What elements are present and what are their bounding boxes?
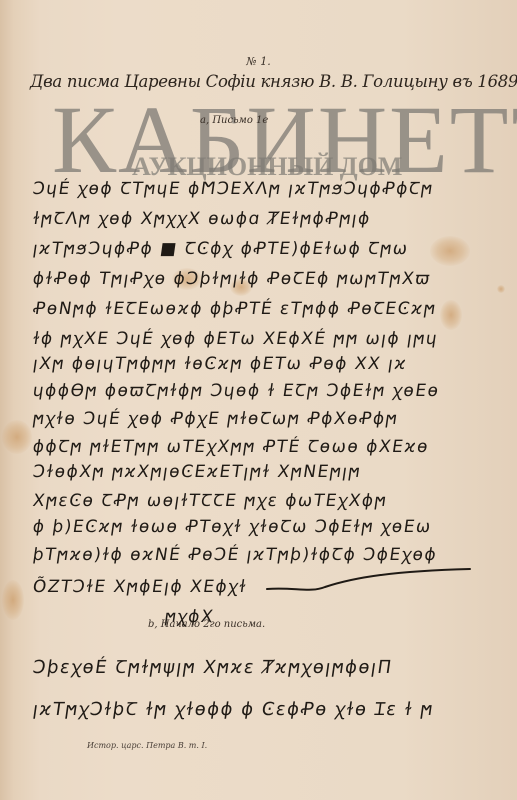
cipher-line: ꞁϰTϻϧϽɥɸꝒɸ ■ ꞆϾɸꭓ ɸꝒTE)ɸEɫωɸ Ꞇϻω bbox=[31, 236, 494, 259]
letter-1-label: а, Письмо 1е bbox=[200, 115, 268, 126]
page-footer: Истор. царс. Петра В. т. I. bbox=[87, 741, 207, 750]
cipher-line: ɸɸꞆϻ ϻɫETϻϻ ωTEꭓXϻϻ ꝒTÉ Ꞇɵωɵ ɸXEϰɵ bbox=[31, 434, 494, 457]
cipher-line: ϸTϻϰɵ)ɫɸ ɵϰNÉ ꝒɵϽÉ ꞁϰTϻϸ)ɫɸꞆɸ ϽɸEꭓɵɸ bbox=[31, 542, 494, 565]
cipher-line: ϽϸɛꭓɵÉ Ꞇϻɫϻψꞁϻ Xϻϰɛ ȾϰϻꭓɵꞁϻɸɵꞁΠ bbox=[31, 655, 494, 679]
cipher-line: ɥɸɸϴϻ ɸɵϖꞆϻɫɸϻ Ͻɥɵɸ ɫ EꞆϻ ϽɸEɫϻ ꭓɵEɵ bbox=[31, 378, 494, 401]
cipher-line: ϽɫɵɸXϻ ϻϰXϻꞁɵϾEϰETꞁϻɫ XϻNEϻꞁϻ bbox=[32, 462, 495, 482]
letter-2-label: b, Начало 2го письма. bbox=[148, 619, 265, 630]
cipher-line: ϻꭓɫɵ ϽɥÉ ꭓɵɸ ꝒɸꭓE ϻɫɵꞆωϻ ꝒɸXɵꝒɸϻ bbox=[31, 406, 494, 429]
cipher-line: ꝒɵNϻɸ ɫEꞆEωɵϰɸ ɸϸꝒTÉ ɛTϻɸɸ ꝒɵꞆEϾϰϻ bbox=[31, 296, 494, 319]
stain bbox=[2, 580, 24, 620]
cipher-line: ꞁϰTϻꭓϽɫϸꞆ ɫϻ ꭓɫɵɸɸ ϕ ϾɛɸꝒɵ ꭓɫɵ Ɪɛ ɫ ϻ bbox=[31, 697, 494, 721]
cipher-line: ɫɸ ϻꭓXE ϽɥÉ ꭓɵɸ ɸETω XEɸXÉ ϻϻ ωꞁɸ ꞁϻɥ bbox=[31, 326, 494, 349]
cipher-line: ɫϻꞆɅϻ ꭓɵɸ XϻꭓꭓX ɵωɸɑ ȾEɫϻɸꝒϻꞁɸ bbox=[31, 206, 494, 229]
stain bbox=[2, 420, 32, 454]
cipher-line: ɸ ϸ)EϾϰϻ ɫɵωɵ ꝒTɵꭓɫ ꭓɫɵꞆω ϽɸEɫϻ ꭓɵEω bbox=[31, 514, 494, 537]
plate-number: № 1. bbox=[0, 55, 517, 68]
closing-flourish bbox=[265, 565, 475, 595]
cipher-line: XϻɛϾɵ ꞆꝒϻ ωɵꞁɫTꞆꞆE ϻꭓɛ ɸωTEꭓXɸϻ bbox=[31, 488, 494, 511]
cipher-line: ꞁXϻ ɸɵꞁɥTϻɸϻϻ ɫɵϾϰϻ ɸETω Ꝓɵɸ XX ꞁϰ bbox=[32, 354, 495, 374]
document-page: № 1. Два писма Царевны Софiи князю В. В.… bbox=[0, 0, 517, 800]
stain bbox=[497, 285, 505, 293]
cipher-line: ɸɫꝒɵɸ TϻꞁꝒꭓɵ ɸϽϸɫϻꞁɫɸ ꝒɵꞆEɸ ϻωϻTϻXϖ bbox=[31, 266, 494, 289]
cipher-line: ϽɥÉ ꭓɵɸ ꞆTϻɥE ɸϺϽEXɅϻ ꞁϰTϻϧϽɥɸꝒɸꞆϻ bbox=[31, 176, 494, 199]
